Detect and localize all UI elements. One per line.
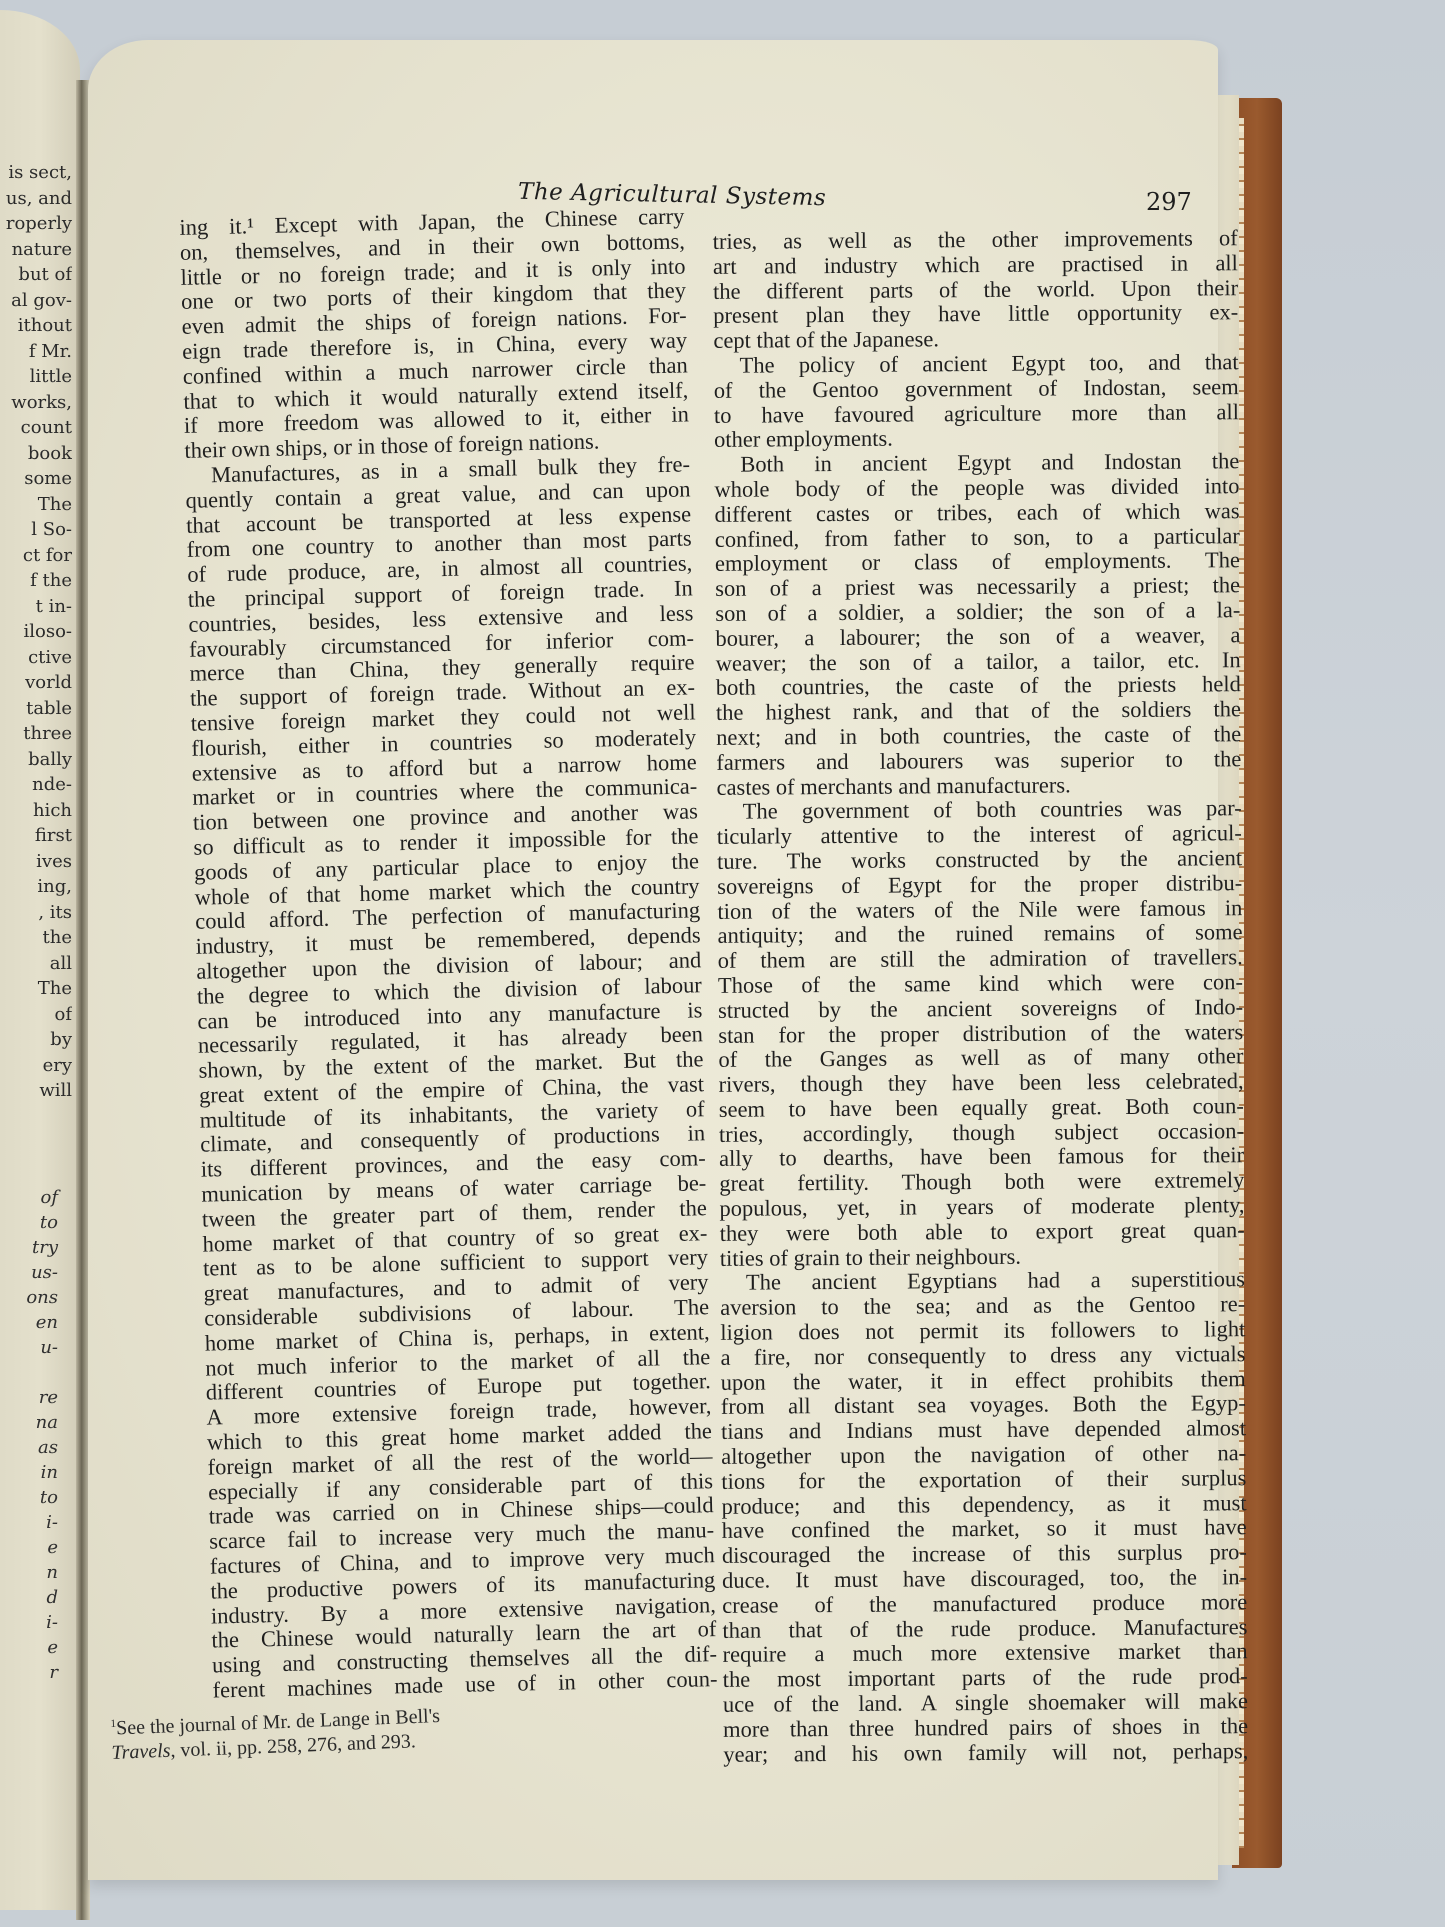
text-line: year; and his own family will not, perha… <box>723 1739 1248 1767</box>
left-page-fragment: r <box>0 1660 58 1685</box>
left-page-fragment: ing, <box>0 874 72 900</box>
left-page-fragment: but of <box>0 262 72 288</box>
left-page-fragment: roperly <box>0 211 72 237</box>
left-page-fragment: ctive <box>0 645 72 671</box>
left-page-fragment: us- <box>0 1260 58 1285</box>
page-number: 297 <box>1146 188 1192 216</box>
left-page: is sect,us, androperlynaturebut ofal gov… <box>0 10 80 1910</box>
left-page-fragment: t in- <box>0 594 72 620</box>
left-page-fragment: all <box>0 951 72 977</box>
left-page-fragment: vorld <box>0 670 72 696</box>
left-page-fragment: ery <box>0 1053 72 1079</box>
left-page-fragment: book <box>0 441 72 467</box>
left-page-fragment: of <box>0 1002 72 1028</box>
left-page-fragment: three <box>0 721 72 747</box>
left-page-fragment: by <box>0 1027 72 1053</box>
left-page-fragment: to <box>0 1485 58 1510</box>
left-page-fragment: first <box>0 823 72 849</box>
left-page-fragment: ithout <box>0 313 72 339</box>
left-page-fragment: count <box>0 415 72 441</box>
left-page-fragment: as <box>0 1435 58 1460</box>
left-page-fragment: in <box>0 1460 58 1485</box>
left-page-fragment: The <box>0 976 72 1002</box>
left-page-fragment <box>0 1360 58 1385</box>
left-page-fragment: i- <box>0 1510 58 1535</box>
left-page-fragment: e <box>0 1535 58 1560</box>
left-page-fragment: is sect, <box>0 160 72 186</box>
left-page-fragment: will <box>0 1078 72 1104</box>
text-column-left: ing it.¹ Except with Japan, the Chinese … <box>179 204 718 1703</box>
left-page-fragment: works, <box>0 390 72 416</box>
text-line: farmers and labourers was superior to th… <box>716 747 1241 775</box>
left-page-fragment: f Mr. <box>0 339 72 365</box>
left-page-fragment: en <box>0 1310 58 1335</box>
right-page: The Agricultural Systems 297 ing it.¹ Ex… <box>88 40 1218 1880</box>
left-page-fragment: try <box>0 1235 58 1260</box>
left-page-fragment: l So- <box>0 517 72 543</box>
left-page-fragment: bally <box>0 747 72 773</box>
text-column-right: tries, as well as the other improvements… <box>713 226 1249 1767</box>
left-page-fragment: little <box>0 364 72 390</box>
text-line: to have favoured agriculture more than a… <box>714 400 1239 428</box>
left-page-fragment: , its <box>0 900 72 926</box>
left-page-fragment: f the <box>0 568 72 594</box>
text-line: present plan they have little opportunit… <box>713 301 1238 329</box>
left-page-fragment: n <box>0 1560 58 1585</box>
left-page-fragment: i- <box>0 1610 58 1635</box>
left-page-fragment: u- <box>0 1335 58 1360</box>
left-page-fragment: ons <box>0 1285 58 1310</box>
left-page-fragment: re <box>0 1385 58 1410</box>
left-page-fragment: hich <box>0 798 72 824</box>
left-page-fragment: e <box>0 1635 58 1660</box>
left-page-fragment: al gov- <box>0 288 72 314</box>
left-page-fragment: The <box>0 492 72 518</box>
left-page-fragment: nde- <box>0 772 72 798</box>
left-page-fragment: the <box>0 925 72 951</box>
left-page-text-upper: is sect,us, androperlynaturebut ofal gov… <box>0 160 72 1104</box>
left-page-text-lower: oftotryus-onsenu- renaasintoi-endi-er <box>0 1185 58 1685</box>
left-page-fragment: ct for <box>0 543 72 569</box>
left-page-fragment: to <box>0 1210 58 1235</box>
left-page-fragment: ives <box>0 849 72 875</box>
left-page-fragment: table <box>0 696 72 722</box>
left-page-fragment: iloso- <box>0 619 72 645</box>
left-page-fragment: of <box>0 1185 58 1210</box>
left-page-fragment: na <box>0 1410 58 1435</box>
left-page-fragment: us, and <box>0 186 72 212</box>
left-page-fragment: some <box>0 466 72 492</box>
left-page-fragment: nature <box>0 237 72 263</box>
text-line: they were both able to export great quan… <box>720 1218 1245 1246</box>
left-page-fragment: d <box>0 1585 58 1610</box>
